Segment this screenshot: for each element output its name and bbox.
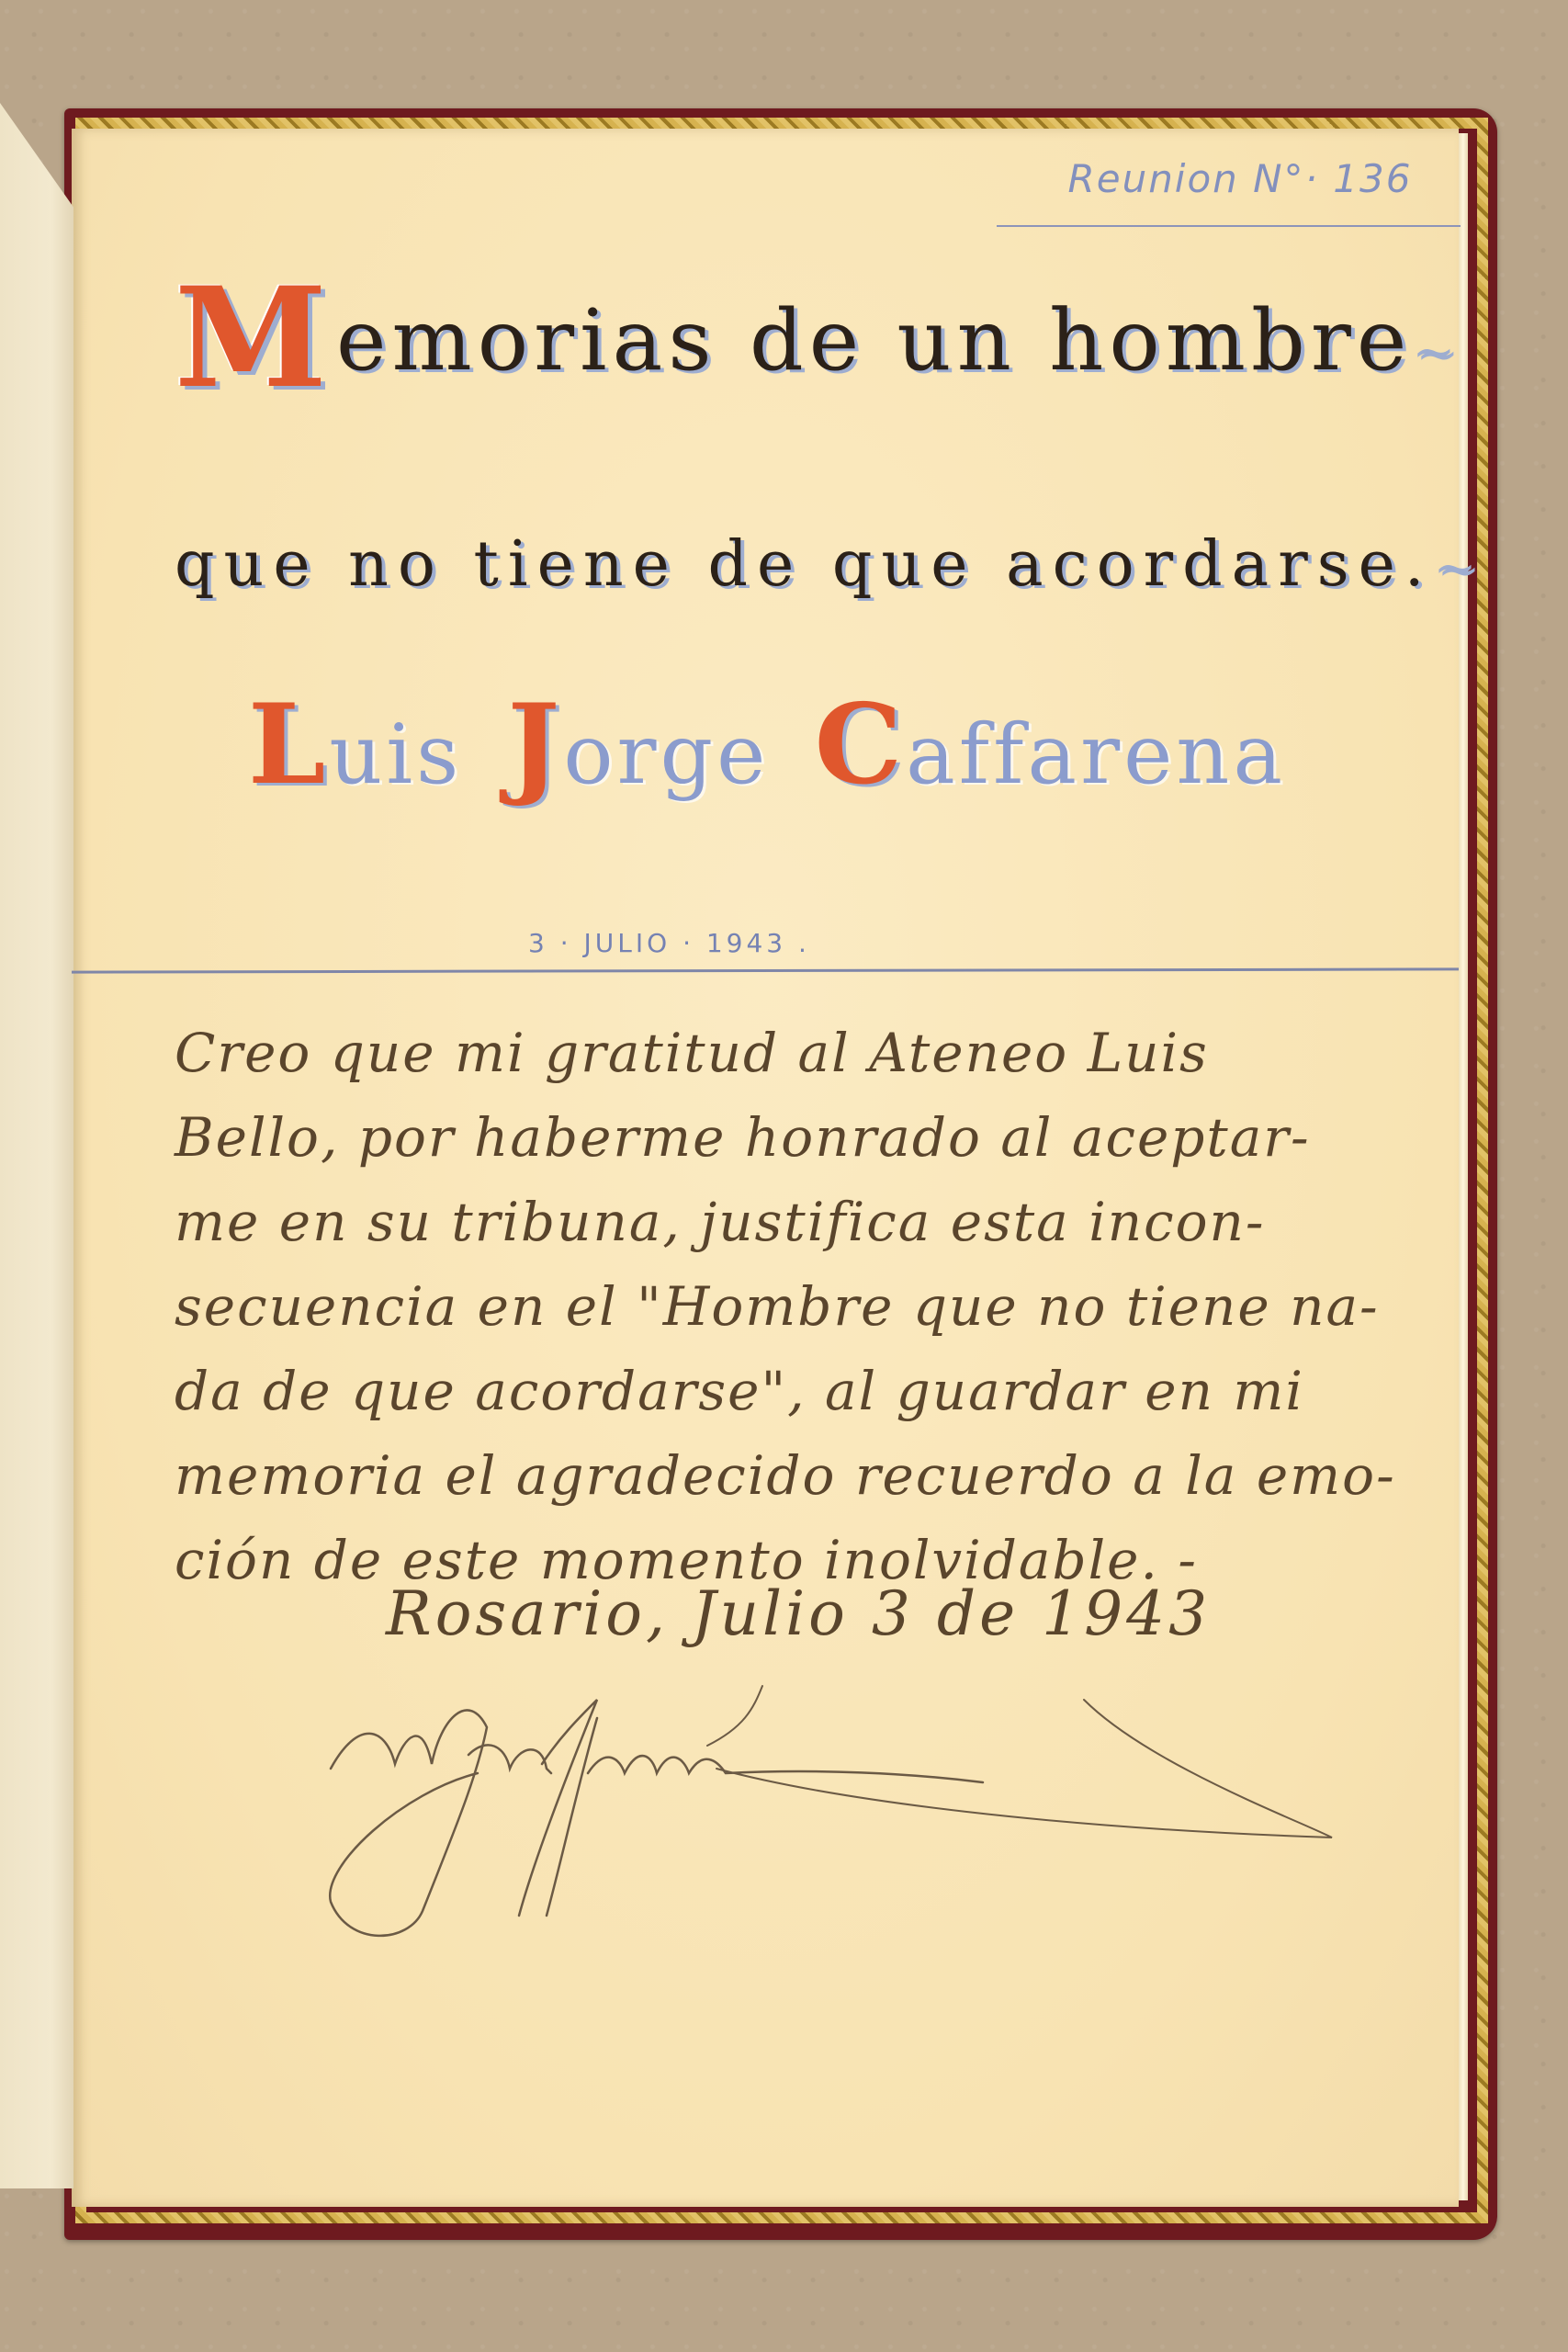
illuminated-dropcap: M (175, 257, 333, 419)
title-line-2: que no tiene de que acordarse.~ (175, 528, 1485, 601)
reunion-number: Reunion N°· 136 (1020, 156, 1461, 201)
title-line-2-text: que no tiene de que acordarse. (175, 528, 1433, 601)
message-line: da de que acordarse", al guardar en mi (175, 1349, 1442, 1433)
place-and-date: Rosario, Julio 3 de 1943 (386, 1578, 1211, 1649)
page-content: Reunion N°· 136 Memorias de un hombre~ q… (0, 0, 1568, 2352)
message-line: memoria el agradecido recuerdo a la emo- (175, 1433, 1442, 1518)
author-name: Luis Jorge Caffarena (248, 680, 1286, 809)
author-middle-name: Jorge (508, 680, 770, 809)
title-line-1-text: emorias de un hombre (336, 291, 1412, 390)
author-last-name: Caffarena (815, 680, 1286, 809)
signature (321, 1681, 1350, 1957)
date-stamp: 3 · JULIO · 1943 . (528, 928, 810, 958)
message-line: me en su tribuna, justifica esta incon- (175, 1180, 1442, 1264)
flourish-icon: ~ (1433, 538, 1485, 598)
handwritten-message: Creo que mi gratitud al Ateneo Luis Bell… (175, 1011, 1442, 1602)
message-line: secuencia en el "Hombre que no tiene na- (175, 1264, 1442, 1349)
signature-scribble-icon (321, 1681, 1350, 1957)
message-line: Bello, por haberme honrado al aceptar- (175, 1095, 1442, 1180)
reunion-underline (997, 225, 1461, 227)
section-separator (72, 967, 1459, 973)
title-line-1: Memorias de un hombre~ (175, 257, 1461, 419)
message-line: Creo que mi gratitud al Ateneo Luis (175, 1011, 1442, 1095)
flourish-icon: ~ (1412, 322, 1461, 382)
author-first-name: Luis (248, 680, 462, 809)
